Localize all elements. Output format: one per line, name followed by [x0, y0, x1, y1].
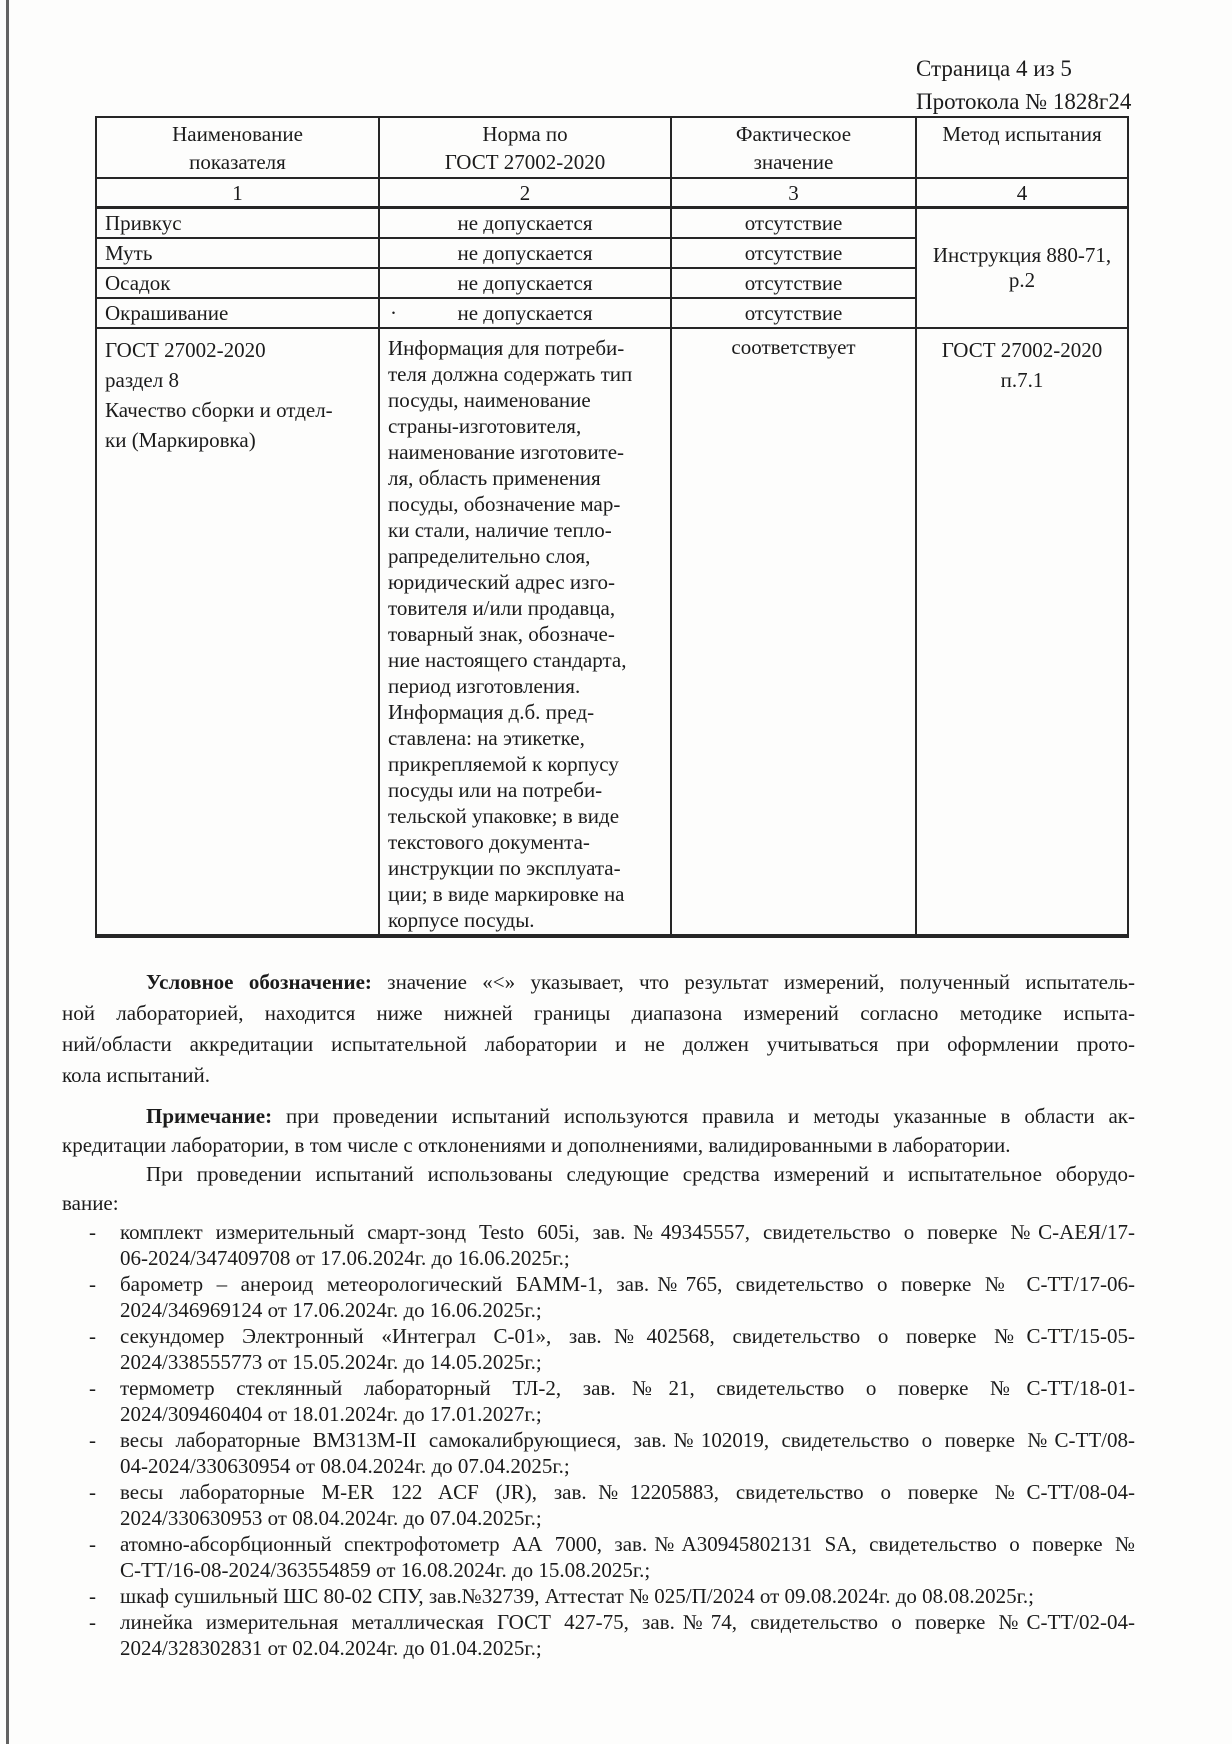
dash-marker: - — [62, 1375, 120, 1427]
dash-marker: - — [62, 1427, 120, 1479]
list-item: - весы лабораторные M-ER 122 ACF (JR), з… — [62, 1479, 1135, 1531]
norm-value: не допускается — [379, 208, 671, 239]
equipment-list: - комплект измерительный смарт-зонд Test… — [62, 1219, 1135, 1661]
list-item: - барометр – анероид метеорологический Б… — [62, 1271, 1135, 1323]
dash-marker: - — [62, 1219, 120, 1271]
protocol-number-label: Протокола № 1828г24 — [916, 85, 1131, 118]
remark-lead: Примечание: — [146, 1104, 272, 1128]
list-item: - линейка измерительная металлическая ГО… — [62, 1609, 1135, 1661]
dash-marker: - — [62, 1583, 120, 1609]
col-header-test-method: Метод испытания — [916, 117, 1128, 178]
table-row-privkus: Привкус не допускается отсутствие Инстру… — [96, 208, 1128, 239]
column-number-2: 2 — [379, 178, 671, 208]
test-method-gost: ГОСТ 27002-2020 п.7.1 — [916, 328, 1128, 936]
remark-line-2: кредитации лаборатории, в том числе с от… — [62, 1131, 1135, 1160]
list-item: - шкаф сушильный ШС 80-02 СПУ, зав.№3273… — [62, 1583, 1135, 1609]
stray-dot-mark: · — [390, 301, 397, 326]
dash-marker: - — [62, 1479, 120, 1531]
actual-value: отсутствие — [671, 238, 916, 268]
actual-value: отсутствие — [671, 208, 916, 239]
legend-line-2: ной лабораторией, находится ниже нижней … — [62, 998, 1135, 1029]
remark-line-1: при проведении испытаний используются пр… — [272, 1104, 1135, 1128]
actual-value: отсутствие — [671, 298, 916, 328]
legend-lead: Условное обозначение: — [146, 970, 372, 994]
indicator-name: Окрашивание — [96, 298, 379, 328]
notes-section: Условное обозначение: значение «<» указы… — [62, 967, 1135, 1661]
norm-value: · не допускается — [379, 298, 671, 328]
dash-marker: - — [62, 1609, 120, 1661]
column-number-3: 3 — [671, 178, 916, 208]
equipment-intro-line-2: вание: — [62, 1189, 1135, 1218]
indicator-name: ГОСТ 27002-2020 раздел 8 Качество сборки… — [96, 328, 379, 936]
list-item: - термометр стеклянный лабораторный ТЛ-2… — [62, 1375, 1135, 1427]
scan-artifact-line — [6, 0, 9, 1744]
actual-value: отсутствие — [671, 268, 916, 298]
table-row-marking: ГОСТ 27002-2020 раздел 8 Качество сборки… — [96, 328, 1128, 936]
list-item: - атомно-абсорбционный спектрофотометр А… — [62, 1531, 1135, 1583]
results-table: Наименование показателя Норма по ГОСТ 27… — [95, 116, 1129, 938]
list-item: - секундомер Электронный «Интеграл С-01»… — [62, 1323, 1135, 1375]
dash-marker: - — [62, 1323, 120, 1375]
equipment-intro-paragraph: При проведении испытаний использованы сл… — [62, 1160, 1135, 1218]
column-number-row: 1 2 3 4 — [96, 178, 1128, 208]
dash-marker: - — [62, 1271, 120, 1323]
column-number-1: 1 — [96, 178, 379, 208]
list-item: - весы лабораторные ВМ313М-II самокалибр… — [62, 1427, 1135, 1479]
indicator-name: Муть — [96, 238, 379, 268]
dash-marker: - — [62, 1531, 120, 1583]
col-header-norm: Норма по ГОСТ 27002-2020 — [379, 117, 671, 178]
page-number-label: Страница 4 из 5 — [916, 52, 1131, 85]
table-header-row: Наименование показателя Норма по ГОСТ 27… — [96, 117, 1128, 178]
actual-value: соответствует — [671, 328, 916, 936]
equipment-intro-line-1: При проведении испытаний использованы сл… — [62, 1160, 1135, 1189]
test-method-instruction: Инструкция 880-71, р.2 — [916, 208, 1128, 329]
legend-line-1: значение «<» указывает, что результат из… — [372, 970, 1135, 994]
page-header: Страница 4 из 5 Протокола № 1828г24 — [916, 52, 1131, 118]
legend-paragraph: Условное обозначение: значение «<» указы… — [62, 967, 1135, 1091]
col-header-indicator: Наименование показателя — [96, 117, 379, 178]
indicator-name: Осадок — [96, 268, 379, 298]
legend-line-4: кола испытаний. — [62, 1060, 1135, 1091]
norm-description: Информация для потреби- теля должна соде… — [379, 328, 671, 936]
list-item: - комплект измерительный смарт-зонд Test… — [62, 1219, 1135, 1271]
col-header-actual-value: Фактическое значение — [671, 117, 916, 178]
norm-value: не допускается — [379, 268, 671, 298]
indicator-name: Привкус — [96, 208, 379, 239]
norm-value: не допускается — [379, 238, 671, 268]
column-number-4: 4 — [916, 178, 1128, 208]
remark-paragraph: Примечание: при проведении испытаний исп… — [62, 1102, 1135, 1160]
legend-line-3: ний/области аккредитации испытательной л… — [62, 1029, 1135, 1060]
